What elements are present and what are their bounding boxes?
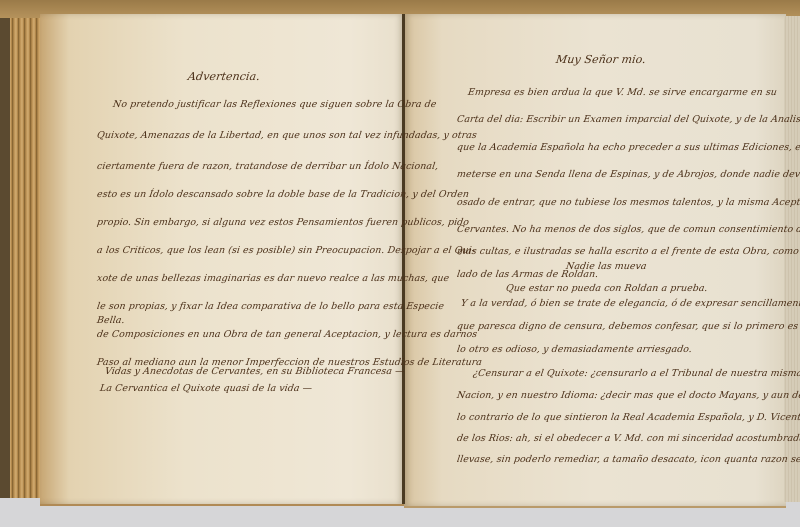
left-page-line: propio. Sin embargo, si alguna vez estos… bbox=[96, 218, 469, 227]
left-page bbox=[40, 14, 404, 506]
left-page-line: xote de unas bellezas imaginarias es dar… bbox=[96, 274, 449, 283]
left-page-line: ciertamente fuera de razon, tratandose d… bbox=[96, 162, 439, 171]
right-page-line: meterse en una Senda llena de Espinas, y… bbox=[456, 170, 800, 179]
right-page-line: Y a la verdad, ó bien se trate de elegan… bbox=[460, 299, 800, 308]
right-page-line: de los Rios: ah, si el obedecer a V. Md.… bbox=[456, 434, 800, 443]
right-page-line: mas cultas, e ilustradas se halla escrit… bbox=[456, 247, 800, 256]
right-page-line: lo otro es odioso, y demasiadamente arri… bbox=[456, 345, 692, 354]
book-fore-edge-left bbox=[0, 18, 44, 498]
left-page-line: Quixote, Amenazas de la Libertad, en que… bbox=[96, 131, 477, 140]
left-page-line: de Composiciones en una Obra de tan gene… bbox=[96, 330, 477, 339]
right-page-line: que la Academia Española ha echo precede… bbox=[456, 143, 800, 152]
right-page-line: que paresca digno de censura, debemos co… bbox=[456, 322, 800, 331]
right-page-line: Nacion, y en nuestro Idioma: ¿decir mas … bbox=[456, 391, 800, 400]
left-page-line-last: Bella. bbox=[96, 316, 125, 325]
right-page-salutation: Muy Señor mio. bbox=[555, 54, 646, 65]
left-page-line: esto es un Ídolo descansado sobre la dob… bbox=[96, 190, 469, 199]
right-page-line: osado de entrar, que no tubiese los mesm… bbox=[456, 198, 800, 207]
left-page-line: No pretendo justificar las Reflexiones q… bbox=[112, 100, 437, 109]
left-page-note-line: La Cervantica el Quixote quasi de la vid… bbox=[99, 384, 312, 393]
book-fore-edge-right bbox=[784, 16, 800, 502]
left-page-note-line: Vidas y Anecdotas de Cervantes, en su Bi… bbox=[104, 367, 405, 376]
right-page-line: Carta del dia: Escribir un Examen imparc… bbox=[456, 115, 800, 124]
right-page-verse-line: Nadie las mueva bbox=[565, 262, 647, 271]
left-page-line: a los Criticos, que los lean (si es posi… bbox=[96, 246, 475, 255]
book-binding bbox=[0, 18, 10, 498]
right-page-line: lo contrario de lo que sintieron la Real… bbox=[456, 413, 800, 422]
left-page-line: le son propias, y fixar la Idea comparat… bbox=[96, 302, 444, 311]
left-page-heading: Advertencia. bbox=[187, 71, 260, 82]
right-page-line: Empresa es bien ardua la que V. Md. se s… bbox=[467, 88, 777, 97]
book-gutter bbox=[402, 14, 405, 504]
right-page-line: llevase, sin poderlo remediar, a tamaño … bbox=[456, 455, 800, 464]
right-page-line: ¿Censurar a el Quixote: ¿censurarlo a el… bbox=[472, 369, 800, 378]
right-page-verse-line: Que estar no pueda con Roldan a prueba. bbox=[505, 284, 708, 293]
right-page-line: Cervantes. No ha menos de dos siglos, qu… bbox=[456, 225, 800, 234]
